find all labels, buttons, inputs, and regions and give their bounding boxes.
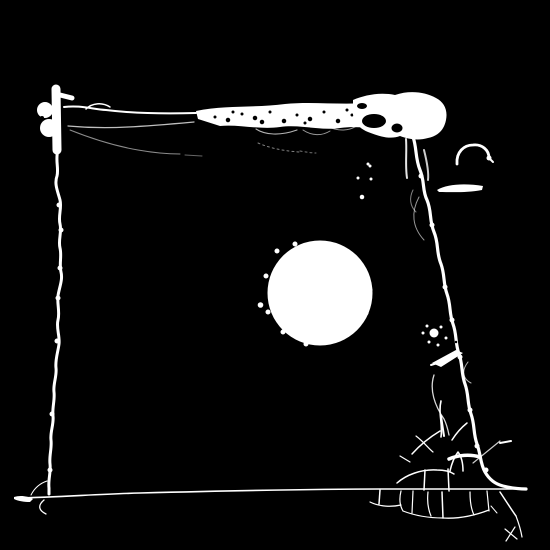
frame-top-right-blob-hole-upper [357, 103, 367, 109]
frame-top-left-corner-bar [56, 89, 57, 150]
below-line-vertical-e [442, 492, 443, 518]
blob-descender-spur [406, 139, 407, 178]
frame-top-right-blob-hole-right [392, 124, 403, 133]
frame-top-left-corner-lobe-lower [40, 119, 58, 137]
frame-top-left-corner-nub [60, 95, 72, 98]
below-line-vertical-a [379, 490, 380, 504]
frame-top-right-blob-hole-left [362, 114, 386, 128]
crack-vertical-1 [424, 470, 425, 490]
moon-companion-dot [258, 302, 264, 308]
abstract-artwork [0, 0, 550, 550]
crack-vertical-2 [448, 469, 449, 491]
page-background: { "meta": { "description": "Abstract mon… [0, 0, 550, 550]
artwork-canvas [0, 0, 550, 550]
frame-top-left-corner-lobe-upper [37, 102, 53, 118]
